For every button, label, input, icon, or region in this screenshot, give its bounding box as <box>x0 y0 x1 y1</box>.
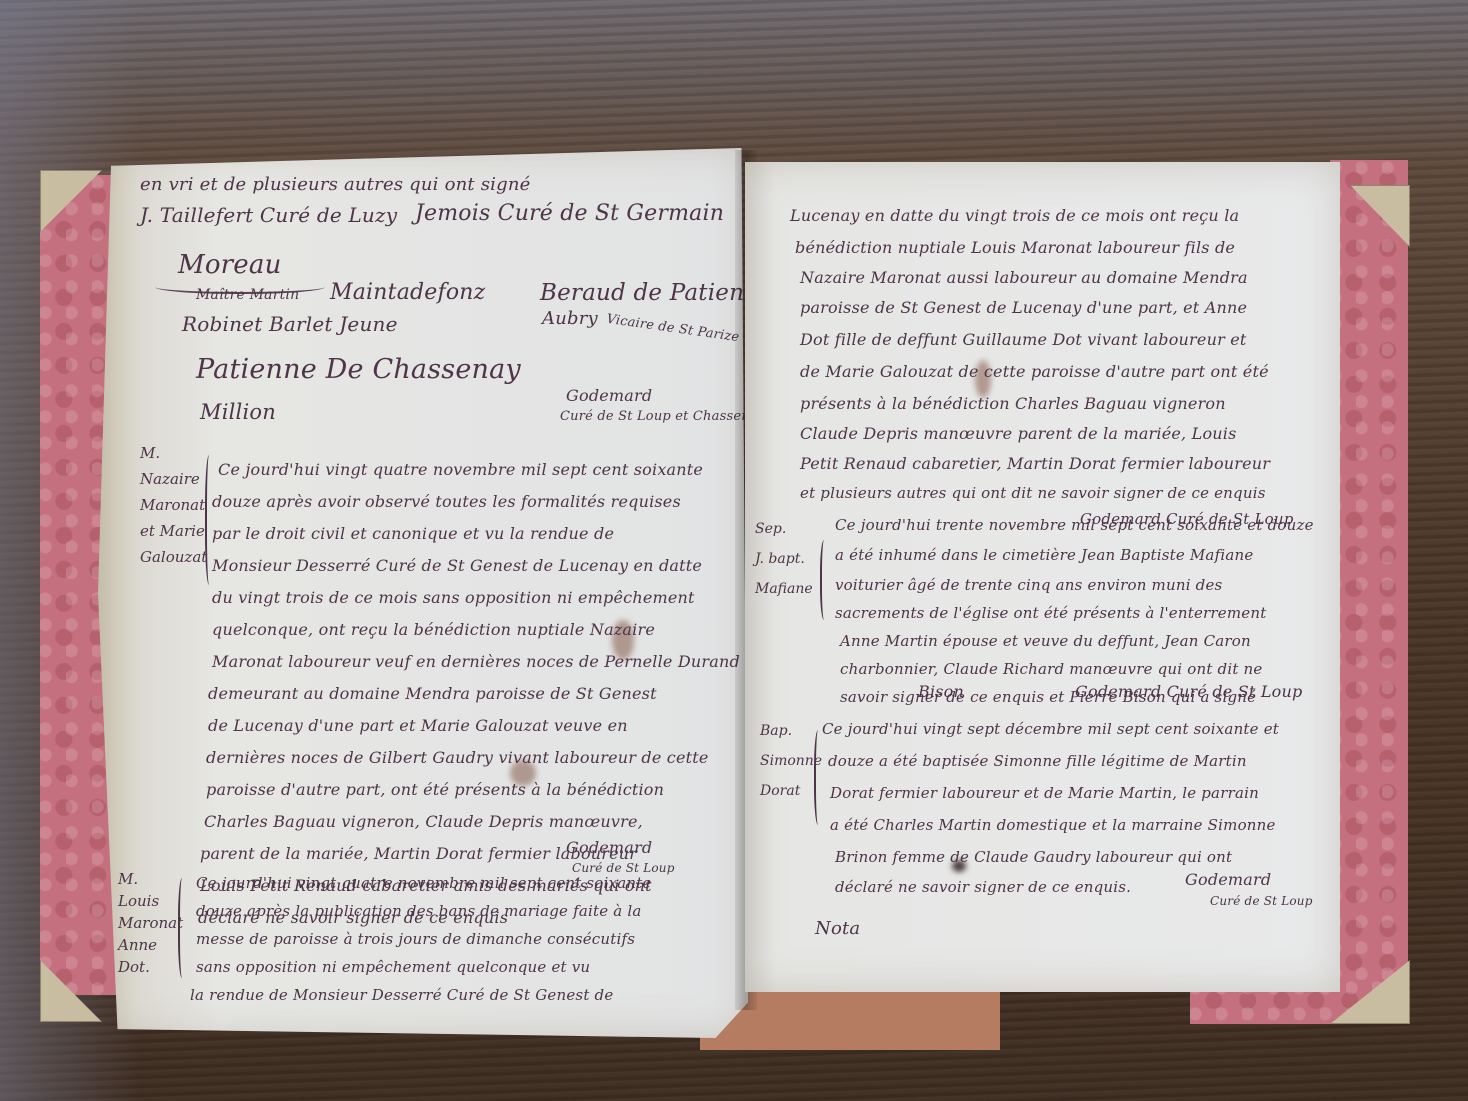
text-line: charbonnier, Claude Richard manœuvre qui… <box>840 662 1262 677</box>
signature: Million <box>200 402 276 423</box>
text-line: et plusieurs autres qui ont dit ne savoi… <box>800 486 1266 501</box>
margin-note-line: Dot. <box>118 956 183 978</box>
text-line: la rendue de Monsieur Desserré Curé de S… <box>190 988 613 1003</box>
witness-signature: Bison <box>918 684 964 700</box>
margin-note-line: Maronat <box>140 492 207 518</box>
signature: Maître Martin <box>196 288 299 302</box>
text-line: Ce jourd'hui vingt quatre novembre mil s… <box>218 462 703 478</box>
text-line: présents à la bénédiction Charles Baguau… <box>800 396 1226 412</box>
text-line: Nazaire Maronat aussi laboureur au domai… <box>800 270 1248 286</box>
text-line: par le droit civil et canonique et vu la… <box>212 526 614 542</box>
signature: Godemard <box>566 388 652 404</box>
text-line: sans opposition ni empêchement quelconqu… <box>196 960 590 975</box>
margin-note: M. Louis Maronat Anne Dot. <box>118 868 183 978</box>
margin-note-line: Dorat <box>760 776 822 806</box>
text-line: de Marie Galouzat de cette paroisse d'au… <box>800 364 1269 380</box>
margin-note-line: Louis <box>118 890 183 912</box>
text-line: voiturier âgé de trente cinq ans environ… <box>835 578 1222 593</box>
priest-signature: Godemard Curé de St Loup <box>1075 684 1302 700</box>
text-line: Dorat fermier laboureur et de Marie Mart… <box>830 786 1259 801</box>
text-line: douze a été baptisée Simonne fille légit… <box>828 754 1247 769</box>
text-line: douze après avoir observé toutes les for… <box>212 494 681 510</box>
text-line: Claude Depris manœuvre parent de la mari… <box>800 426 1237 442</box>
margin-brace <box>178 878 188 978</box>
text-line: de Lucenay d'une part et Marie Galouzat … <box>208 718 628 734</box>
margin-note: M. Nazaire Maronat et Marie Galouzat <box>140 440 207 570</box>
text-line: du vingt trois de ce mois sans oppositio… <box>212 590 695 606</box>
margin-note-line: et Marie <box>140 518 207 544</box>
priest-title: Curé de St Loup <box>572 862 675 874</box>
text-line: Ce jourd'hui vingt quatre novembre mil s… <box>196 876 652 891</box>
text-line: Charles Baguau vigneron, Claude Depris m… <box>204 814 643 830</box>
text-line: a été Charles Martin domestique et la ma… <box>830 818 1276 833</box>
text-line: Brinon femme de Claude Gaudry laboureur … <box>835 850 1232 865</box>
text-line: bénédiction nuptiale Louis Maronat labou… <box>795 240 1235 256</box>
margin-note-line: Sep. <box>755 514 813 544</box>
signature: Maintadefonz <box>330 282 485 304</box>
nota-label: Nota <box>815 920 860 938</box>
text-line: Lucenay en datte du vingt trois de ce mo… <box>790 208 1239 224</box>
text-line: Ce jourd'hui trente novembre mil sept ce… <box>835 518 1314 533</box>
signature: J. Taillefert Curé de Luzy <box>140 205 397 225</box>
margin-note-line: J. bapt. <box>755 544 813 574</box>
text-line: paroisse de St Genest de Lucenay d'une p… <box>800 300 1247 316</box>
signature: Jemois Curé de St Germain <box>415 203 724 225</box>
text-line: Dot fille de deffunt Guillaume Dot vivan… <box>800 332 1247 348</box>
text-line: demeurant au domaine Mendra paroisse de … <box>208 686 657 702</box>
text-line: dernières noces de Gilbert Gaudry vivant… <box>206 750 709 766</box>
signature: Robinet Barlet Jeune <box>182 314 398 334</box>
priest-signature: Godemard <box>566 840 652 856</box>
text-line: paroisse d'autre part, ont été présents … <box>206 782 664 798</box>
margin-note-line: Simonne <box>760 746 822 776</box>
priest-signature: Godemard <box>1185 872 1271 888</box>
text-line: Ce jourd'hui vingt sept décembre mil sep… <box>822 722 1279 737</box>
priest-title: Curé de St Loup <box>1210 895 1313 907</box>
text-line: quelconque, ont reçu la bénédiction nupt… <box>212 622 655 638</box>
margin-note-line: Nazaire <box>140 466 207 492</box>
text-line: douze après la publication des bans de m… <box>196 904 642 919</box>
margin-note-line: Galouzat <box>140 544 207 570</box>
margin-note-line: M. <box>118 868 183 890</box>
text-line: Maronat laboureur veuf en dernières noce… <box>212 654 740 670</box>
closing-line: en vri et de plusieurs autres qui ont si… <box>140 176 531 194</box>
text-line: Monsieur Desserré Curé de St Genest de L… <box>212 558 702 574</box>
margin-note-line: Maronat <box>118 912 183 934</box>
margin-note-line: Anne <box>118 934 183 956</box>
text-line: sacrements de l'église ont été présents … <box>835 606 1266 621</box>
margin-note: Bap. Simonne Dorat <box>760 716 822 806</box>
book-cover-right <box>1330 160 1408 990</box>
text-line: déclaré ne savoir signer de ce enquis. <box>835 880 1131 895</box>
text-line: a été inhumé dans le cimetière Jean Bapt… <box>835 548 1253 563</box>
margin-note-line: Bap. <box>760 716 822 746</box>
margin-brace <box>820 540 830 620</box>
text-line: Petit Renaud cabaretier, Martin Dorat fe… <box>800 456 1270 472</box>
witness-signature-text: Bison <box>918 682 964 701</box>
signature: Moreau <box>178 252 282 278</box>
margin-note-line: Mafiane <box>755 574 813 604</box>
margin-note: Sep. J. bapt. Mafiane <box>755 514 813 604</box>
margin-note-line: M. <box>140 440 207 466</box>
text-line: messe de paroisse à trois jours de diman… <box>196 932 635 947</box>
signature: Patienne De Chassenay <box>196 356 521 383</box>
margin-brace <box>814 730 824 825</box>
text-line: Anne Martin épouse et veuve du deffunt, … <box>840 634 1251 649</box>
signature: Aubry <box>542 310 598 328</box>
